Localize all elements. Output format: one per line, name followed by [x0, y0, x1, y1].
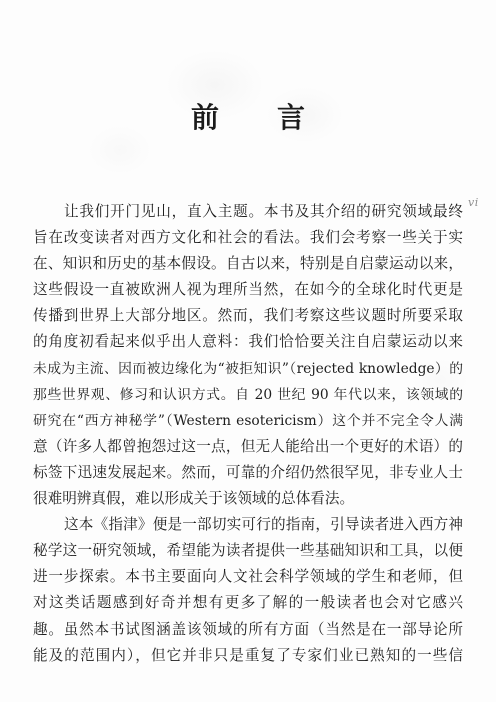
- margin-page-number: vi: [468, 196, 479, 209]
- text-line: 传播到世界上大部分地区。然而，我们考察这些议题时所要采取: [33, 303, 463, 329]
- text-line: 让我们开门见山，直入主题。本书及其介绍的研究领域最终: [33, 199, 463, 225]
- text-line: 秘学这一研究领域，希望能为读者提供一些基础知识和工具，以便: [33, 538, 463, 564]
- text-line: 很难明辨真假，难以形成关于该领域的总体看法。: [33, 486, 463, 512]
- text-line: 的角度初看起来似乎出人意料：我们恰恰要关注自启蒙运动以来: [33, 329, 463, 355]
- text-line: 在、知识和历史的基本假设。自古以来，特别是自启蒙运动以来，: [33, 251, 463, 277]
- body-text: 让我们开门见山，直入主题。本书及其介绍的研究领域最终 旨在改变读者对西方文化和社…: [33, 199, 463, 669]
- title-char-first: 前: [191, 101, 219, 135]
- book-page: 前 言 vi 让我们开门见山，直入主题。本书及其介绍的研究领域最终 旨在改变读者…: [0, 0, 496, 702]
- text-line: 对这类话题感到好奇并想有更多了解的一般读者也会对它感兴: [33, 590, 463, 616]
- text-line: 意（许多人都曾抱怨过这一点，但无人能给出一个更好的术语）的: [33, 434, 463, 460]
- text-line: 能及的范围内），但它并非只是重复了专家们业已熟知的一些信: [33, 643, 463, 669]
- text-line: 进一步探索。本书主要面向人文社会科学领域的学生和老师，但: [33, 564, 463, 590]
- text-line: 未成为主流、因而被边缘化为“被拒知识”（rejected knowledge）的: [33, 356, 463, 382]
- text-line: 趣。虽然本书试图涵盖该领域的所有方面（当然是在一部导论所: [33, 617, 463, 643]
- text-line: 这些假设一直被欧洲人视为理所当然，在如今的全球化时代更是: [33, 277, 463, 303]
- text-line: 旨在改变读者对西方文化和社会的看法。我们会考察一些关于实: [33, 225, 463, 251]
- title-char-second: 言: [277, 101, 305, 135]
- text-line: 研究在“西方神秘学”（Western esotericism）这个并不完全令人满: [33, 408, 463, 434]
- text-line: 标签下迅速发展起来。然而，可靠的介绍仍然很罕见，非专业人士: [33, 460, 463, 486]
- text-line: 这本《指津》便是一部切实可行的指南，引导读者进入西方神: [33, 512, 463, 538]
- page-title: 前 言: [0, 101, 496, 135]
- text-line: 那些世界观、修习和认识方式。自 20 世纪 90 年代以来，该领域的: [33, 382, 463, 408]
